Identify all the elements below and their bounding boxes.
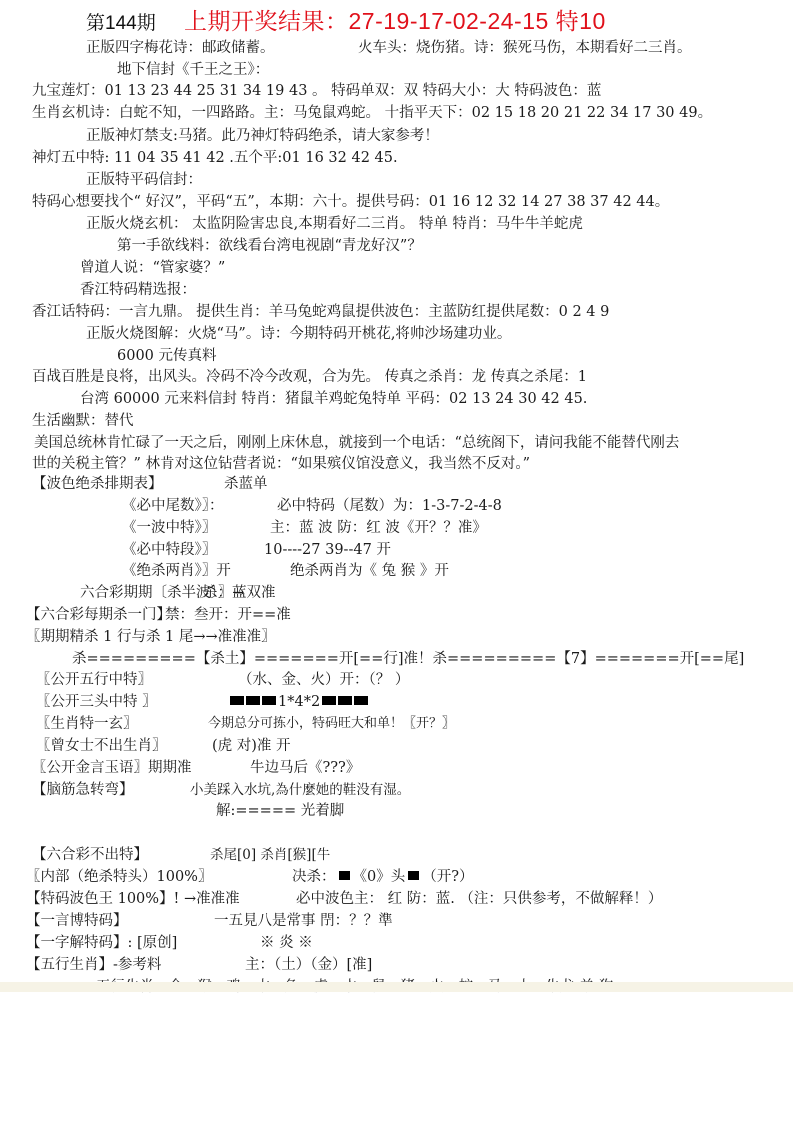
no-special-value: 杀尾[0] 杀肖[猴][牛: [210, 845, 330, 865]
inner-label: 〖内部（绝杀特头）100%〗: [26, 867, 212, 887]
kill-door-value: 禁：叁开：开==准: [165, 605, 291, 625]
riddle-label: 【脑筋急转弯】: [32, 780, 134, 800]
tail-label: 《必中尾数》〗：: [122, 496, 224, 516]
fax-material: 6000 元传真料: [117, 346, 217, 366]
black-bar-icon: [246, 696, 260, 705]
fire-diagram: 正版火烧图解：火烧“马”。诗：今期特码开桃花,将帅沙场建功业。: [86, 324, 511, 344]
zeng-value: (虎 对)准 开: [212, 736, 291, 756]
tail-value: 必中特码（尾数）为：1-3-7-2-4-8: [277, 496, 502, 516]
black-bar-icon: [322, 696, 336, 705]
issue-number: 第144期: [86, 8, 156, 35]
inner-value: 决杀：《0》头（开?）: [292, 867, 474, 887]
zodiac-poem: 生肖玄机诗：白蛇不知，一四路路。主：马兔鼠鸡蛇。 十指平天下：02 15 18 …: [32, 103, 712, 123]
inner-head-text: 《0》头: [353, 869, 406, 885]
plum-poem: 正版四字梅花诗：邮政储蓄。: [86, 38, 275, 58]
xiangjiang-report: 香江特码精选报：: [80, 280, 196, 300]
five-elem-value: （水、金、火）开：（？ ）: [238, 670, 409, 690]
zeng-label: 〖曾女士不出生肖〗: [36, 736, 167, 756]
five-zodiac-value: 主：（土）（金）[准]: [245, 955, 372, 975]
one-wave-label: 《一波中特》〗: [122, 518, 216, 538]
kill-row-label: 〖期期精杀 1 行与杀 1 尾→→准准准〗: [26, 627, 276, 647]
hundred-battles: 百战百胜是良将，出风头。冷码不冷今改观，合为先。 传真之杀肖：龙 传真之杀尾：1: [32, 367, 587, 387]
two-zodiac-label: 《绝杀两肖》〗开: [122, 561, 231, 581]
lamp-ban: 正版神灯禁支:马猪。此乃神灯特码绝杀，请大家参考！: [86, 126, 439, 146]
riddle-question: 小美踩入水坑,為什麼她的鞋没有湿。: [190, 780, 410, 800]
black-bar-icon: [408, 871, 419, 880]
last-draw-result: 上期开奖结果：27-19-17-02-24-15 特10: [184, 3, 606, 36]
segment-value: 10----27 39--47 开: [264, 540, 391, 560]
wave-king-value: 必中波色主： 红 防：蓝. （注：只供参考，不做解释！）: [296, 889, 662, 909]
black-bar-icon: [339, 871, 350, 880]
nine-treasure-lamp: 九宝莲灯：01 13 23 44 25 31 34 19 43 。 特码单双：双…: [32, 81, 601, 101]
kill-door-label: 【六合彩每期杀一门】: [26, 605, 171, 625]
taiwan-envelope: 台湾 60000 元来料信封 特肖：猪鼠羊鸡蛇兔特单 平码：02 13 24 3…: [80, 389, 587, 409]
underground-envelope: 地下信封《千王之王》：: [117, 60, 269, 80]
three-head-label: 〖公开三头中特 〗: [36, 692, 157, 712]
golden-label: 〖公开金言玉语〗期期准: [32, 758, 192, 778]
flat-code-envelope: 正版特平码信封：: [86, 170, 202, 190]
one-char-label: 【一字解特码】: [原创]: [26, 933, 177, 953]
kill-line: 杀=========【杀土】=======开[==行]准！杀=========【…: [72, 649, 744, 669]
xiangjiang-talk: 香江话特码：一言九鼎。 提供生肖：羊马兔蛇鸡鼠提供波色：主蓝防红提供尾数：0 2…: [32, 302, 609, 322]
three-head-value: 1*4*2: [230, 692, 370, 712]
humor-text-2: 世的关税主管？” 林肯对这位钻营者说：“如果殡仪馆没意义，我当然不反对。”: [32, 454, 530, 474]
zeng-says: 曾道人说：“管家婆？”: [80, 258, 225, 278]
inner-kill-text: 决杀：: [292, 869, 336, 885]
golden-value: 牛边马后《???》: [250, 758, 360, 778]
two-zodiac-value: 绝杀两肖为《 兔 猴 》开: [290, 561, 449, 581]
zodiac-one-label: 〖生肖特一玄〗: [36, 714, 138, 734]
scan-artifact: [0, 982, 793, 992]
wave-kill-label: 【波色绝杀排期表】: [32, 474, 163, 494]
wave-king-label: 【特码波色王 100%】! →准准准: [26, 889, 240, 909]
five-zodiac-label: 【五行生肖】-参考料: [26, 955, 161, 975]
inner-open-text: （开?）: [422, 869, 473, 885]
five-elem-label: 〖公开五行中特〗: [36, 670, 152, 690]
half-wave-value: 杀：蓝双准: [203, 583, 276, 603]
three-head-digits: 1*4*2: [278, 694, 320, 710]
one-word-bet-label: 【一言博特码】: [26, 911, 128, 931]
train-head: 火车头：烧伤猪。诗：猴死马伤，本期看好二三肖。: [358, 38, 692, 58]
black-bar-icon: [338, 696, 352, 705]
wave-kill-value: 杀蓝单: [224, 474, 268, 494]
one-word-bet-value: 一五見八是常事 閅：？？準: [214, 911, 393, 931]
life-humor: 生活幽默：替代: [32, 411, 134, 431]
black-bar-icon: [262, 696, 276, 705]
black-bar-icon: [230, 696, 244, 705]
segment-label: 《必中特段》〗: [122, 540, 216, 560]
black-bar-icon: [354, 696, 368, 705]
first-hand-material: 第一手欲线料：欲线看台湾电视剧“青龙好汉”？: [117, 236, 422, 256]
one-wave-value: 主：蓝 波 防：红 波《开？？准》: [270, 518, 487, 538]
humor-text-1: 美国总统林肯忙碌了一天之后，刚刚上床休息，就接到一个电话：“总统阁下，请问我能不…: [34, 433, 679, 453]
lamp-five: 神灯五中特: 11 04 35 41 42 .五个平:01 16 32 42 4…: [32, 148, 398, 168]
zodiac-one-value: 今期总分可拣小，特码旺大和单！〖开？〗: [208, 714, 455, 734]
one-char-value: ※ 炎 ※: [260, 933, 313, 953]
special-code-wish: 特码心想要找个“ 好汉”，平码“五”，本期：六十。提供号码：01 16 12 3…: [32, 192, 669, 212]
riddle-answer: 解:===== 光着脚: [216, 801, 344, 821]
fire-mystery: 正版火烧玄机： 太监阴险害忠良,本期看好二三肖。 特单 特肖：马牛牛羊蛇虎: [86, 214, 583, 234]
no-special-label: 【六合彩不出特】: [32, 845, 148, 865]
